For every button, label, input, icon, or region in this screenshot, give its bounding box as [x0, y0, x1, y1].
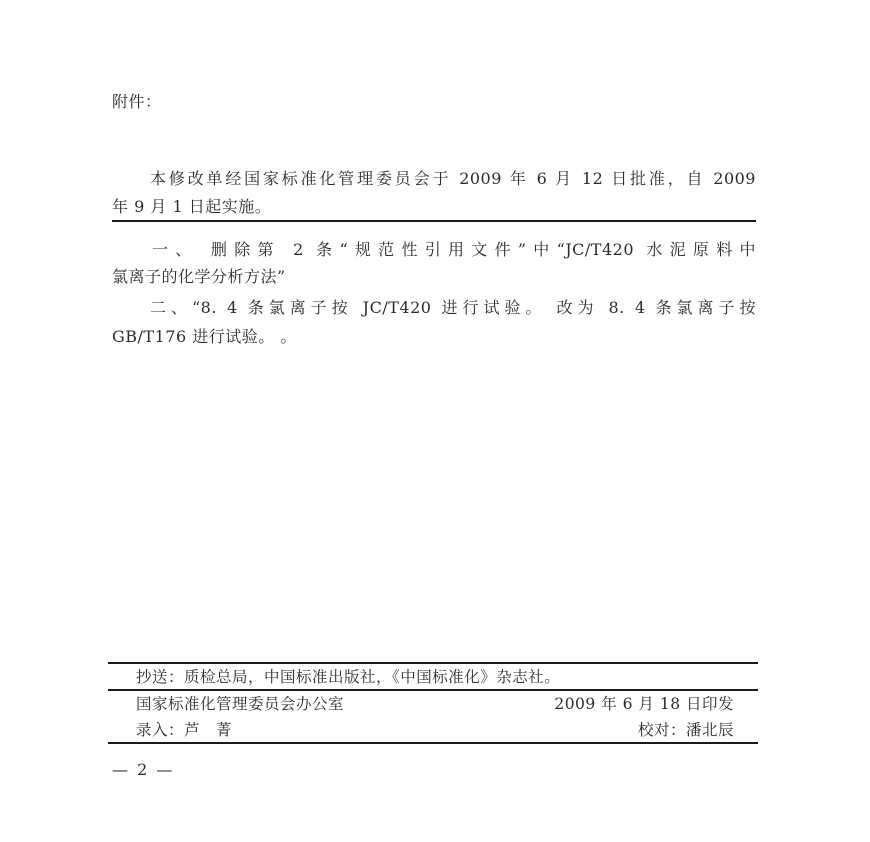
footer-issue-date: 2009 年 6 月 18 日印发 [554, 694, 734, 714]
footer-divider-middle [108, 689, 758, 691]
amendment-item-2-line-1: 二、“8. 4 条氯离子按 JC/T420 进行试验。 改为 8. 4 条氯离子… [150, 298, 756, 318]
intro-paragraph-line-2: 年 9 月 1 日起实施。 [112, 197, 271, 217]
attachment-label: 附件： [112, 92, 162, 112]
footer-issuer: 国家标准化管理委员会办公室 [136, 694, 344, 714]
footer-data-entry: 录入：芦 菁 [136, 720, 232, 740]
amendment-item-1-line-1: 一、 删除第 2 条“规范性引用文件”中“JC/T420 水泥原料中 [152, 240, 756, 260]
document-page: 附件： 本修改单经国家标准化管理委员会于 2009 年 6 月 12 日批准，自… [0, 0, 870, 842]
header-divider [112, 220, 756, 222]
intro-paragraph-line-1: 本修改单经国家标准化管理委员会于 2009 年 6 月 12 日批准，自 200… [150, 169, 756, 189]
footer-cc-recipients: 抄送：质检总局，中国标准出版社，《中国标准化》杂志社。 [136, 667, 560, 687]
footer-proofreader: 校对：潘北辰 [638, 720, 734, 740]
footer-divider-bottom [108, 742, 758, 744]
footer-divider-top [108, 662, 758, 664]
amendment-item-2-line-2: GB/T176 进行试验。 。 [112, 327, 297, 347]
amendment-item-1-line-2: 氯离子的化学分析方法” [112, 267, 286, 287]
page-number: — 2 — [112, 760, 174, 780]
